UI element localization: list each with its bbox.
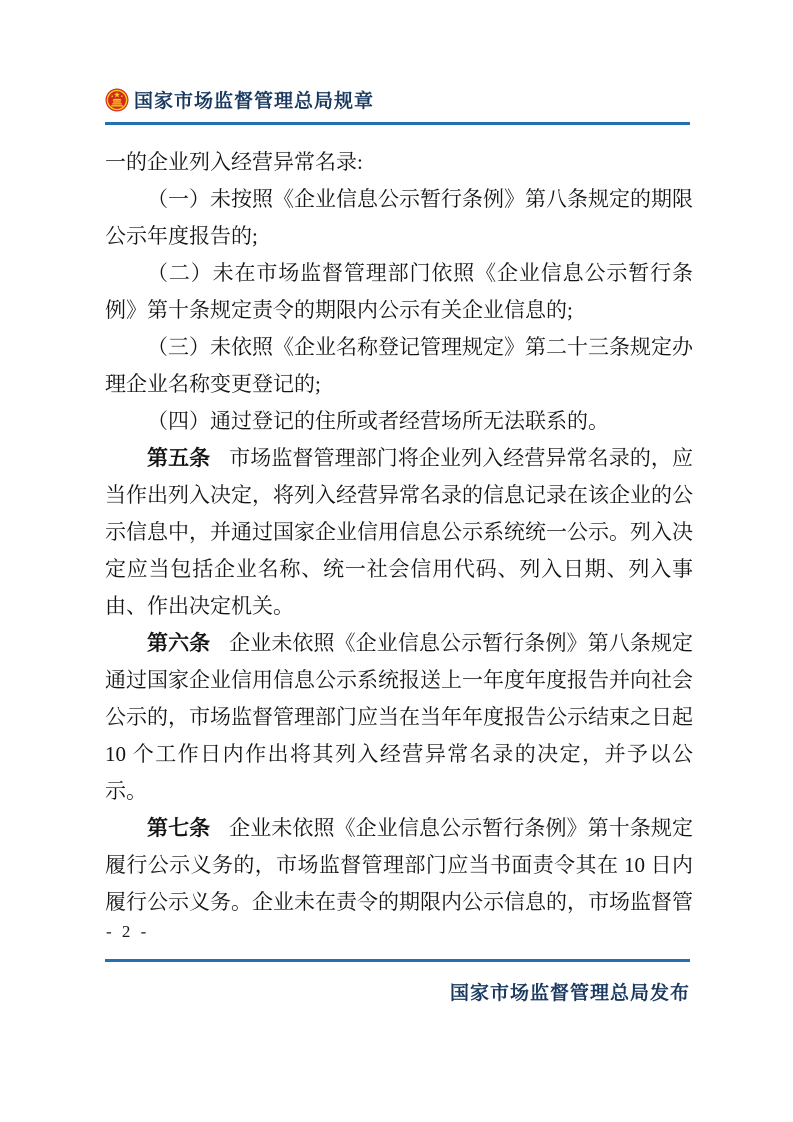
publisher-label: 国家市场监督管理总局发布: [450, 978, 690, 1005]
paragraph: 第七条企业未依照《企业信息公示暂行条例》第十条规定履行公示义务的，市场监督管理部…: [105, 810, 693, 921]
page-number: - 2 -: [106, 922, 149, 942]
article-number: 第六条: [147, 632, 210, 655]
paragraph: 第五条市场监督管理部门将企业列入经营异常名录的，应当作出列入决定，将列入经营异常…: [105, 440, 693, 625]
header-row: 国家市场监督管理总局规章: [105, 86, 690, 113]
paragraph: （二）未在市场监督管理部门依照《企业信息公示暂行条例》第十条规定责令的期限内公示…: [105, 255, 693, 329]
article-number: 第五条: [147, 447, 210, 470]
document-page: 国家市场监督管理总局规章 一的企业列入经营异常名录:（一）未按照《企业信息公示暂…: [0, 0, 793, 1122]
paragraph: （四）通过登记的住所或者经营场所无法联系的。: [105, 403, 693, 440]
paragraph: 一的企业列入经营异常名录:: [105, 144, 693, 181]
paragraph: 第六条企业未依照《企业信息公示暂行条例》第八条规定通过国家企业信用信息公示系统报…: [105, 625, 693, 810]
document-body: 一的企业列入经营异常名录:（一）未按照《企业信息公示暂行条例》第八条规定的期限公…: [105, 144, 693, 921]
footer-rule: [105, 959, 690, 962]
china-national-emblem-icon: [105, 88, 129, 112]
paragraph: （三）未依照《企业名称登记管理规定》第二十三条规定办理企业名称变更登记的;: [105, 329, 693, 403]
paragraph: （一）未按照《企业信息公示暂行条例》第八条规定的期限公示年度报告的;: [105, 181, 693, 255]
header-title: 国家市场监督管理总局规章: [134, 86, 374, 113]
article-number: 第七条: [147, 817, 210, 840]
page-header: 国家市场监督管理总局规章: [105, 86, 690, 125]
header-rule: [105, 122, 690, 125]
